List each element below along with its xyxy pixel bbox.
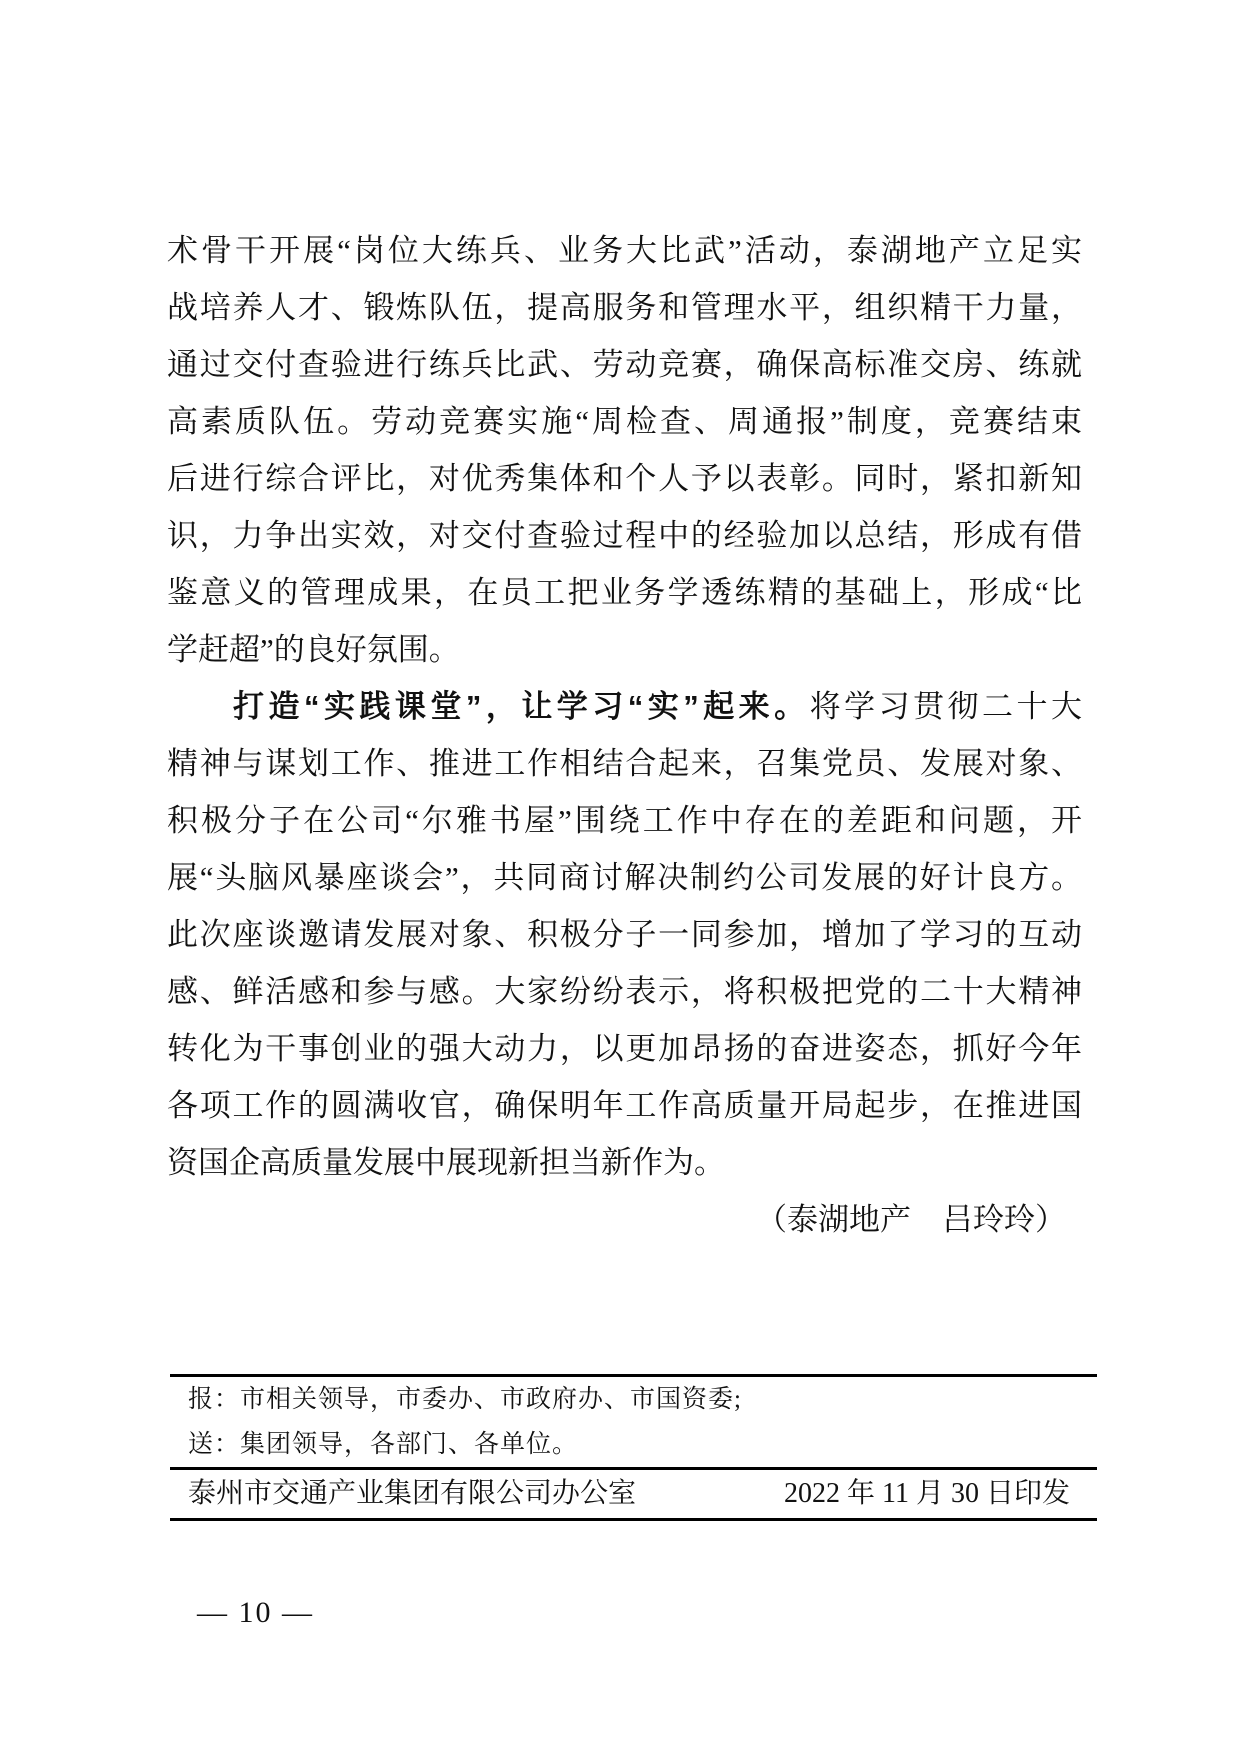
body-line-segment: 通过交付查验进行练兵比武、劳动竞赛，确保高标准交房、练就 xyxy=(167,347,1082,382)
body-line-segment: 各项工作的圆满收官，确保明年工作高质量开局起步，在推进国 xyxy=(167,1088,1082,1123)
body-line-bold-segment: 打造“实践课堂”，让学习“实”起来。 xyxy=(233,689,810,724)
footer-report-line: 报：市相关领导，市委办、市政府办、市国资委; xyxy=(170,1377,1097,1422)
body-line: 战培养人才、锻炼队伍，提高服务和管理水平，组织精干力量， xyxy=(167,279,1082,336)
page-number: — 10 — xyxy=(197,1592,314,1634)
body-line-segment: 高素质队伍。劳动竞赛实施“周检查、周通报”制度，竞赛结束 xyxy=(167,404,1082,439)
body-line-segment: 展“头脑风暴座谈会”，共同商讨解决制约公司发展的好计良方。 xyxy=(167,860,1082,895)
body-line: 此次座谈邀请发展对象、积极分子一同参加，增加了学习的互动 xyxy=(167,906,1082,963)
body-line: 各项工作的圆满收官，确保明年工作高质量开局起步，在推进国 xyxy=(167,1077,1082,1134)
signature: （泰湖地产 吕玲玲） xyxy=(167,1191,1082,1248)
body-line: 积极分子在公司“尔雅书屋”围绕工作中存在的差距和问题，开 xyxy=(167,792,1082,849)
body-line-segment: 鉴意义的管理成果，在员工把业务学透练精的基础上，形成“比 xyxy=(167,575,1082,610)
body-line-segment: 感、鲜活感和参与感。大家纷纷表示，将积极把党的二十大精神 xyxy=(167,974,1082,1009)
footer-print-date: 2022 年 11 月 30 日印发 xyxy=(784,1470,1070,1518)
body-line: 感、鲜活感和参与感。大家纷纷表示，将积极把党的二十大精神 xyxy=(167,963,1082,1020)
body-line: 转化为干事创业的强大动力，以更加昂扬的奋进姿态，抓好今年 xyxy=(167,1020,1082,1077)
body-line-segment: 学赶超”的良好氛围。 xyxy=(167,632,460,667)
body-text: 术骨干开展“岗位大练兵、业务大比武”活动，泰湖地产立足实战培养人才、锻炼队伍，提… xyxy=(167,222,1082,1191)
body-line-segment: 资国企高质量发展中展现新担当新作为。 xyxy=(167,1145,725,1180)
body-line-segment: 战培养人才、锻炼队伍，提高服务和管理水平，组织精干力量， xyxy=(167,290,1082,325)
body-line: 打造“实践课堂”，让学习“实”起来。将学习贯彻二十大 xyxy=(167,678,1082,735)
body-line: 术骨干开展“岗位大练兵、业务大比武”活动，泰湖地产立足实 xyxy=(167,222,1082,279)
footer-bottom-rule xyxy=(170,1518,1097,1521)
body-line: 后进行综合评比，对优秀集体和个人予以表彰。同时，紧扣新知 xyxy=(167,450,1082,507)
body-line-segment: 精神与谋划工作、推进工作相结合起来，召集党员、发展对象、 xyxy=(167,746,1082,781)
footer-block: 报：市相关领导，市委办、市政府办、市国资委; 送：集团领导，各部门、各单位。 泰… xyxy=(170,1374,1097,1521)
footer-issuer: 泰州市交通产业集团有限公司办公室 xyxy=(188,1470,636,1518)
footer-issue-row: 泰州市交通产业集团有限公司办公室 2022 年 11 月 30 日印发 xyxy=(170,1470,1097,1518)
body-line-segment: 识，力争出实效，对交付查验过程中的经验加以总结，形成有借 xyxy=(167,518,1082,553)
body-line: 通过交付查验进行练兵比武、劳动竞赛，确保高标准交房、练就 xyxy=(167,336,1082,393)
body-line: 高素质队伍。劳动竞赛实施“周检查、周通报”制度，竞赛结束 xyxy=(167,393,1082,450)
body-line: 资国企高质量发展中展现新担当新作为。 xyxy=(167,1134,1082,1191)
body-line-segment: 将学习贯彻二十大 xyxy=(810,689,1082,724)
footer-send-line: 送：集团领导，各部门、各单位。 xyxy=(170,1422,1097,1467)
body-line: 学赶超”的良好氛围。 xyxy=(167,621,1082,678)
body-line-segment: 术骨干开展“岗位大练兵、业务大比武”活动，泰湖地产立足实 xyxy=(167,233,1082,268)
body-line: 展“头脑风暴座谈会”，共同商讨解决制约公司发展的好计良方。 xyxy=(167,849,1082,906)
document-page: 术骨干开展“岗位大练兵、业务大比武”活动，泰湖地产立足实战培养人才、锻炼队伍，提… xyxy=(0,0,1241,1755)
body-line-segment: 积极分子在公司“尔雅书屋”围绕工作中存在的差距和问题，开 xyxy=(167,803,1082,838)
body-line-segment: 后进行综合评比，对优秀集体和个人予以表彰。同时，紧扣新知 xyxy=(167,461,1082,496)
body-line: 识，力争出实效，对交付查验过程中的经验加以总结，形成有借 xyxy=(167,507,1082,564)
body-line-segment: 此次座谈邀请发展对象、积极分子一同参加，增加了学习的互动 xyxy=(167,917,1082,952)
body-line: 鉴意义的管理成果，在员工把业务学透练精的基础上，形成“比 xyxy=(167,564,1082,621)
body-line-segment: 转化为干事创业的强大动力，以更加昂扬的奋进姿态，抓好今年 xyxy=(167,1031,1082,1066)
body-line: 精神与谋划工作、推进工作相结合起来，召集党员、发展对象、 xyxy=(167,735,1082,792)
